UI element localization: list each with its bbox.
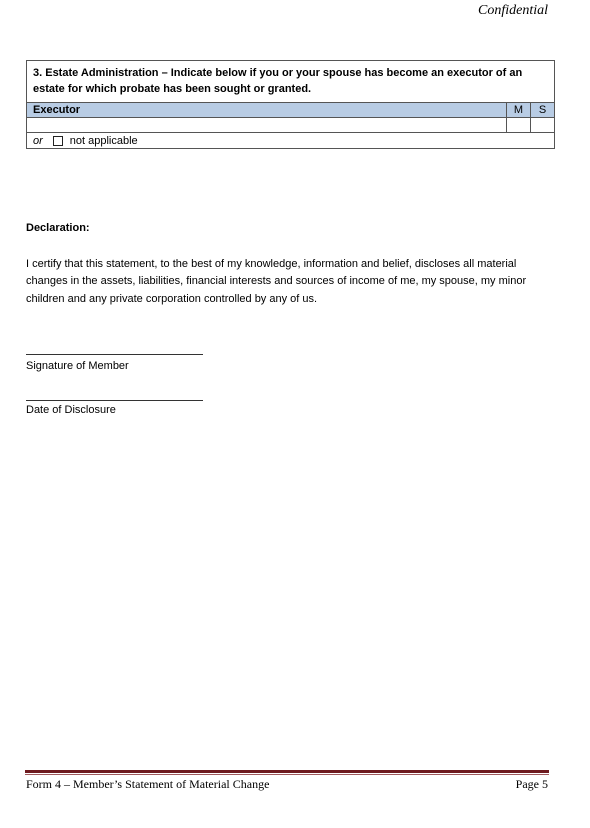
confidential-header: Confidential bbox=[478, 3, 548, 19]
table-row bbox=[27, 118, 554, 133]
footer-rule-thin bbox=[25, 774, 549, 775]
table-header-row: Executor M S bbox=[27, 103, 554, 118]
footer-form-title: Form 4 – Member’s Statement of Material … bbox=[26, 777, 269, 792]
m-cell[interactable] bbox=[506, 118, 530, 132]
date-label: Date of Disclosure bbox=[26, 404, 116, 416]
column-m: M bbox=[506, 103, 530, 117]
empty-checkbox-icon[interactable] bbox=[53, 136, 63, 146]
s-cell[interactable] bbox=[530, 118, 554, 132]
executor-cell[interactable] bbox=[27, 118, 506, 132]
signature-label: Signature of Member bbox=[26, 360, 129, 372]
section-title: 3. Estate Administration – Indicate belo… bbox=[27, 61, 554, 103]
footer-rule bbox=[25, 770, 549, 773]
column-s: S bbox=[530, 103, 554, 117]
estate-administration-table: 3. Estate Administration – Indicate belo… bbox=[26, 60, 555, 149]
column-executor: Executor bbox=[27, 103, 506, 117]
signature-line[interactable] bbox=[26, 354, 203, 355]
not-applicable-label: not applicable bbox=[70, 134, 138, 148]
or-label: or bbox=[33, 134, 43, 148]
not-applicable-row: or not applicable bbox=[27, 133, 554, 148]
page-number: Page 5 bbox=[516, 777, 548, 792]
date-line[interactable] bbox=[26, 400, 203, 401]
declaration-text: I certify that this statement, to the be… bbox=[26, 256, 556, 308]
declaration-heading: Declaration: bbox=[26, 222, 90, 234]
